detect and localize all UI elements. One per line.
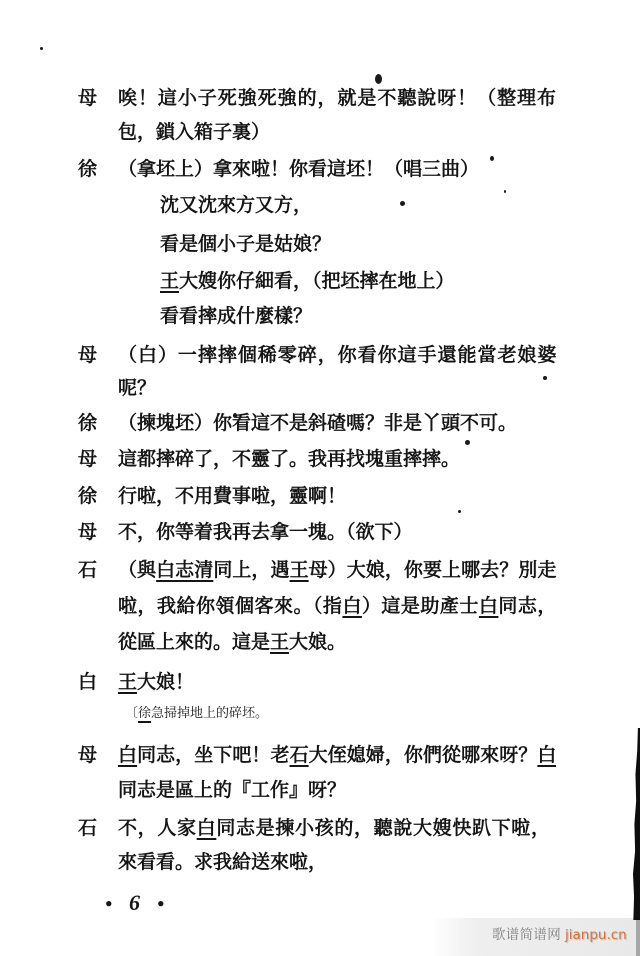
text-segment: 不，你等着我再去拿一塊。（欲下） bbox=[118, 521, 413, 543]
speaker-label: 白 bbox=[78, 670, 97, 694]
script-line: 母 這都摔碎了，不靈了。我再找塊重摔摔。 bbox=[0, 447, 640, 471]
text-segment: 大娘！ bbox=[137, 671, 194, 693]
text-segment: 唉！這小子死強死強的，就是不聽說呀！（整理布 bbox=[118, 87, 556, 109]
verse-line: 看看摔成什麼樣？ bbox=[0, 304, 640, 328]
speaker-label: 石 bbox=[78, 558, 97, 582]
watermark: 歌谱简谱网jianpu.cn bbox=[492, 926, 627, 944]
script-line: 母 （白）一摔摔個稀零碎，你看你這手還能當老娘婆 bbox=[0, 343, 640, 367]
bullet-dot-icon: • bbox=[104, 892, 114, 916]
proper-name: 白 bbox=[342, 595, 362, 617]
text-segment: 這都摔碎了，不靈了。我再找塊重摔摔。 bbox=[118, 448, 460, 470]
script-line: 徐 （拿坯上）拿來啦！你看這坯！（唱三曲） bbox=[0, 157, 640, 181]
script-line: 徐 （揀塊坯）你看這不是斜碴嗎？非是丫頭不可。 bbox=[0, 411, 640, 435]
speaker-label: 母 bbox=[78, 743, 97, 767]
speaker-label: 母 bbox=[78, 86, 97, 110]
dialogue-text: 行啦，不用費事啦，靈啊！ bbox=[118, 484, 346, 508]
text-segment: 沈又沈來方又方， bbox=[160, 194, 312, 216]
script-line: 徐 行啦，不用費事啦，靈啊！ bbox=[0, 484, 640, 508]
text-segment: 同上，遇 bbox=[213, 559, 289, 581]
text-segment: （揀塊坯）你看這不是斜碴嗎？非是丫頭不可。 bbox=[118, 412, 517, 434]
page-number-value: 6 bbox=[129, 891, 140, 915]
verse-text: 看看摔成什麼樣？ bbox=[160, 304, 312, 328]
text-segment: 不，人家 bbox=[118, 817, 197, 839]
text-segment: 從區上來的。這是 bbox=[118, 631, 270, 653]
speaker-label: 母 bbox=[78, 447, 97, 471]
dialogue-text: 唉！這小子死強死強的，就是不聽說呀！（整理布 bbox=[118, 86, 556, 110]
verse-line: 沈又沈來方又方， bbox=[0, 193, 640, 217]
text-segment: 大娘。 bbox=[289, 631, 346, 653]
text-segment: 啦，我給你領個客來。（指 bbox=[118, 595, 342, 617]
scan-speck bbox=[458, 510, 461, 513]
dialogue-text: （與白志清同上，遇王母）大娘，你要上哪去？別走 bbox=[118, 558, 556, 582]
proper-name: 白志清 bbox=[156, 559, 213, 581]
script-line: 母 唉！這小子死強死強的，就是不聽說呀！（整理布 bbox=[0, 86, 640, 110]
dialogue-text: （白）一摔摔個稀零碎，你看你這手還能當老娘婆 bbox=[118, 343, 556, 367]
text-segment: 母）大娘，你要上哪去？別走 bbox=[309, 559, 556, 581]
speaker-label: 石 bbox=[78, 816, 97, 840]
dialogue-text: 這都摔碎了，不靈了。我再找塊重摔摔。 bbox=[118, 447, 460, 471]
stage-direction-text: 〔徐急掃掉地上的碎坯。 bbox=[125, 705, 268, 723]
proper-name: 王 bbox=[270, 631, 289, 653]
text-segment: 看是個小子是姑娘？ bbox=[160, 233, 331, 255]
text-segment: 包，鎖入箱子裏） bbox=[118, 121, 270, 143]
text-segment: （與 bbox=[118, 559, 156, 581]
text-segment: 行啦，不用費事啦，靈啊！ bbox=[118, 485, 346, 507]
scanned-script-page: 母 唉！這小子死強死強的，就是不聽說呀！（整理布 包，鎖入箱子裏） 徐 （拿坯上… bbox=[0, 0, 640, 956]
proper-name: 白 bbox=[537, 744, 556, 766]
proper-name: 白 bbox=[479, 595, 499, 617]
text-segment: 呢？ bbox=[118, 377, 156, 399]
script-line: 石 不，人家白同志是揀小孩的，聽說大嫂快趴下啦， bbox=[0, 816, 640, 840]
script-line: 包，鎖入箱子裏） bbox=[0, 120, 640, 144]
proper-name: 白 bbox=[118, 744, 137, 766]
verse-text: 王大嫂你仔細看，（把坯摔在地上） bbox=[160, 269, 455, 293]
text-segment: 急掃掉地上的碎坯。 bbox=[151, 706, 268, 721]
dialogue-text: 王大娘！ bbox=[118, 670, 194, 694]
scan-edge-gray bbox=[636, 920, 640, 956]
dialogue-text: （拿坯上）拿來啦！你看這坯！（唱三曲） bbox=[118, 157, 479, 181]
verse-text: 沈又沈來方又方， bbox=[160, 193, 312, 217]
script-line: 石 （與白志清同上，遇王母）大娘，你要上哪去？別走 bbox=[0, 558, 640, 582]
speaker-label: 徐 bbox=[78, 157, 97, 181]
dialogue-text: 從區上來的。這是王大娘。 bbox=[118, 630, 346, 654]
text-segment: ）這是助產士 bbox=[362, 595, 479, 617]
dialogue-text: 包，鎖入箱子裏） bbox=[118, 120, 270, 144]
proper-name: 石 bbox=[290, 744, 309, 766]
stage-direction: 〔徐急掃掉地上的碎坯。 bbox=[0, 705, 640, 723]
dialogue-text: 不，你等着我再去拿一塊。（欲下） bbox=[118, 520, 413, 544]
script-line: 啦，我給你領個客來。（指白）這是助產士白同志， bbox=[0, 594, 640, 618]
dialogue-text: （揀塊坯）你看這不是斜碴嗎？非是丫頭不可。 bbox=[118, 411, 517, 435]
proper-name: 徐 bbox=[138, 706, 151, 721]
text-segment: 同志是區上的『工作』呀？ bbox=[118, 779, 346, 801]
dialogue-text: 不，人家白同志是揀小孩的，聽說大嫂快趴下啦， bbox=[118, 816, 550, 840]
script-line: 白 王大娘！ bbox=[0, 670, 640, 694]
watermark-site-name: 歌谱简谱网 bbox=[492, 927, 561, 943]
bracket-mark: 〔 bbox=[125, 706, 138, 721]
scan-speck bbox=[375, 74, 382, 84]
dialogue-text: 同志是區上的『工作』呀？ bbox=[118, 778, 346, 802]
verse-line: 看是個小子是姑娘？ bbox=[0, 232, 640, 256]
dialogue-text: 呢？ bbox=[118, 376, 156, 400]
script-line: 從區上來的。這是王大娘。 bbox=[0, 630, 640, 654]
text-segment: 看看摔成什麼樣？ bbox=[160, 305, 312, 327]
proper-name: 王 bbox=[118, 671, 137, 693]
speaker-label: 徐 bbox=[78, 484, 97, 508]
text-segment: 同志，坐下吧！老 bbox=[137, 744, 290, 766]
watermark-domain: jianpu.cn bbox=[565, 927, 627, 943]
proper-name: 白 bbox=[197, 817, 217, 839]
script-line: 母 白同志，坐下吧！老石大侄媳婦，你們從哪來呀？白 bbox=[0, 743, 640, 767]
verse-line: 王大嫂你仔細看，（把坯摔在地上） bbox=[0, 269, 640, 293]
script-line: 來看看。求我給送來啦， bbox=[0, 850, 640, 874]
bullet-dot-icon: • bbox=[156, 892, 166, 916]
proper-name: 王 bbox=[160, 270, 179, 292]
dialogue-text: 啦，我給你領個客來。（指白）這是助產士白同志， bbox=[118, 594, 556, 618]
script-line: 呢？ bbox=[0, 376, 640, 400]
script-line: 同志是區上的『工作』呀？ bbox=[0, 778, 640, 802]
text-segment: 同志是揀小孩的，聽說大嫂快趴下啦， bbox=[216, 817, 550, 839]
script-line: 母 不，你等着我再去拿一塊。（欲下） bbox=[0, 520, 640, 544]
speaker-label: 母 bbox=[78, 343, 97, 367]
dialogue-text: 來看看。求我給送來啦， bbox=[118, 850, 327, 874]
speaker-label: 母 bbox=[78, 520, 97, 544]
text-segment: 大侄媳婦，你們從哪來呀？ bbox=[309, 744, 538, 766]
text-segment: 來看看。求我給送來啦， bbox=[118, 851, 327, 873]
dialogue-text: 白同志，坐下吧！老石大侄媳婦，你們從哪來呀？白 bbox=[118, 743, 556, 767]
text-segment: （拿坯上）拿來啦！你看這坯！（唱三曲） bbox=[118, 158, 479, 180]
text-segment: （白）一摔摔個稀零碎，你看你這手還能當老娘婆 bbox=[118, 344, 556, 366]
scan-speck bbox=[465, 440, 470, 445]
text-segment: 大嫂你仔細看，（把坯摔在地上） bbox=[179, 270, 455, 292]
proper-name: 王 bbox=[290, 559, 309, 581]
speaker-label: 徐 bbox=[78, 411, 97, 435]
scan-speck bbox=[40, 47, 43, 50]
text-segment: 同志， bbox=[498, 595, 556, 617]
verse-text: 看是個小子是姑娘？ bbox=[160, 232, 331, 256]
